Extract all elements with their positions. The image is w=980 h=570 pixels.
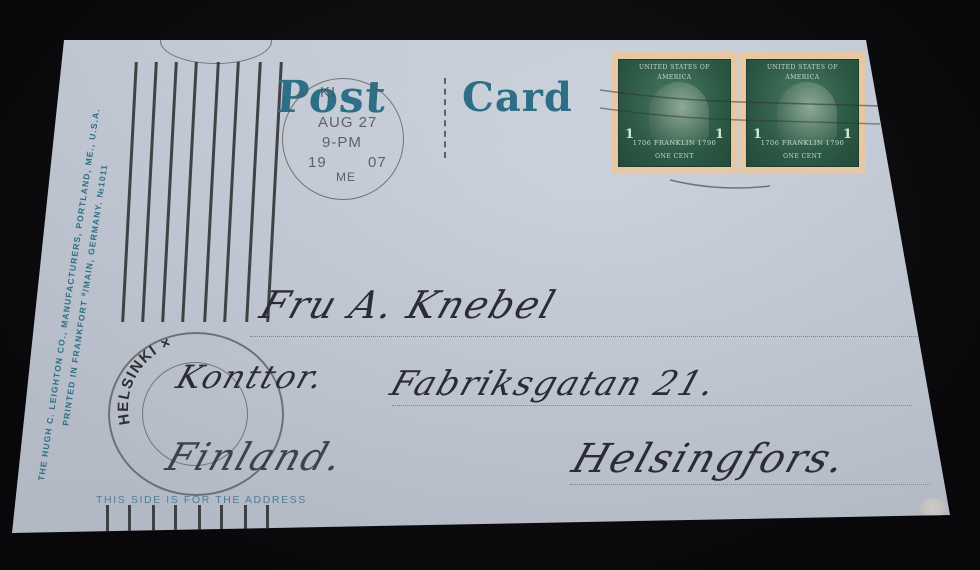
corner-stain — [920, 498, 946, 518]
address-side-note: THIS SIDE IS FOR THE ADDRESS — [96, 494, 307, 506]
city: Helsingfors. — [567, 436, 853, 482]
postmark-time: 9-PM — [322, 134, 362, 151]
address-line-2 — [392, 405, 912, 406]
address-line-1 — [250, 336, 940, 337]
title-card: Card — [462, 74, 573, 121]
wavy-cancel — [600, 70, 890, 190]
postmark-year-left: 19 — [308, 154, 327, 171]
postmark-state: ME — [336, 170, 356, 184]
machine-cancel-lines — [120, 62, 290, 322]
address-line-3 — [570, 484, 930, 485]
postcard: Post Card KI AUG 27 9-PM 19 07 ME UNITED… — [0, 0, 980, 570]
street-address: Fabriksgatan 21. — [386, 364, 722, 404]
recipient-name: Fru A. Knebel — [255, 283, 562, 327]
address-prefix: Konttor. — [172, 358, 330, 396]
postmark-top: KI — [320, 84, 336, 101]
title-divider — [444, 78, 448, 158]
postmark-year-right: 07 — [368, 154, 387, 171]
svg-text:HELSINKI ×: HELSINKI × — [115, 333, 174, 426]
postmark-date: AUG 27 — [318, 114, 377, 131]
country: Finland. — [161, 435, 350, 479]
